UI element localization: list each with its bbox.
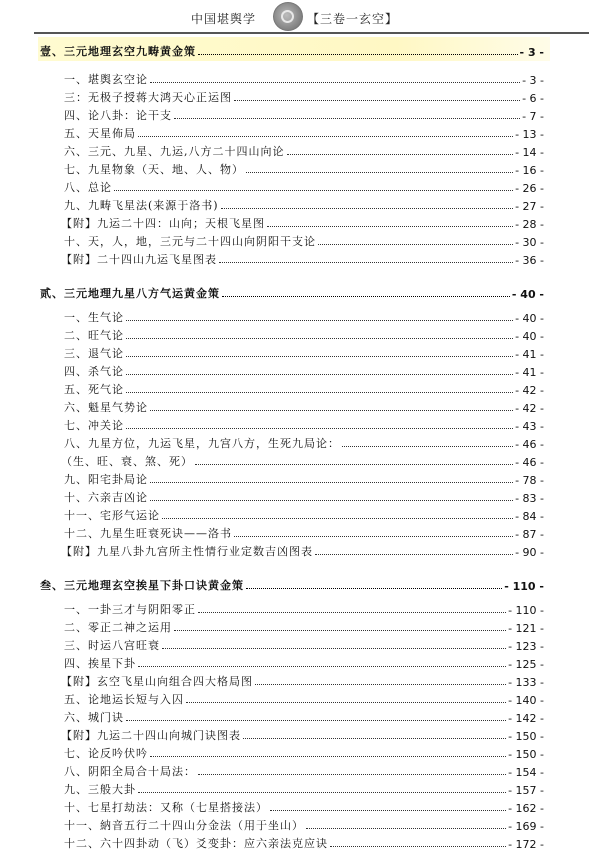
- dot-leader: [198, 54, 518, 55]
- toc-entry-title: 【附】玄空飞星山向组合四大格局图: [61, 673, 253, 689]
- toc-page-number: - 28 -: [515, 218, 544, 231]
- toc-chapter[interactable]: 贰、三元地理九星八方气运黄金策- 40 -: [40, 283, 544, 301]
- toc-page-number: - 142 -: [508, 712, 544, 725]
- toc-entry-title: 八、阴阳全局合十局法：: [64, 763, 196, 779]
- toc-entry[interactable]: 【附】九运二十四：山向；天根飞星图- 28 -: [61, 213, 544, 231]
- toc-page-number: - 26 -: [515, 182, 544, 195]
- dot-leader: [126, 374, 513, 375]
- toc-entry[interactable]: 十一、宅形气运论- 84 -: [64, 505, 544, 523]
- toc-page-number: - 154 -: [508, 766, 544, 779]
- toc-page-number: - 41 -: [515, 348, 544, 361]
- dot-leader: [138, 666, 506, 667]
- toc-entry-title: 一、生气论: [64, 309, 124, 325]
- toc-entry-title: 五、死气论: [64, 381, 124, 397]
- toc-page-number: - 140 -: [508, 694, 544, 707]
- dot-leader: [150, 756, 506, 757]
- toc-entry[interactable]: 一、堪舆玄空论- 3 -: [64, 69, 544, 87]
- dot-leader: [198, 612, 506, 613]
- dot-leader: [126, 320, 513, 321]
- toc-entry-title: 二、零正二神之运用: [64, 619, 172, 635]
- toc-entry[interactable]: 八、阴阳全局合十局法：- 154 -: [64, 761, 544, 779]
- toc-entry-title: 五、论地运长短与入囚: [64, 691, 184, 707]
- dot-leader: [287, 154, 514, 155]
- toc-entry[interactable]: 九、九畴飞星法(来源于洛书)- 27 -: [64, 195, 544, 213]
- dot-leader: [114, 190, 513, 191]
- toc-entry-title: 七、冲关论: [64, 417, 124, 433]
- toc-page-number: - 150 -: [508, 748, 544, 761]
- dot-leader: [270, 810, 506, 811]
- dot-leader: [150, 500, 513, 501]
- toc-page-number: - 125 -: [508, 658, 544, 671]
- toc-page-number: - 13 -: [515, 128, 544, 141]
- dot-leader: [255, 684, 506, 685]
- dot-leader: [150, 410, 513, 411]
- dot-leader: [198, 774, 506, 775]
- toc-entry[interactable]: 三、时运八宫旺衰- 123 -: [64, 635, 544, 653]
- header-divider: [34, 32, 589, 34]
- toc-entry[interactable]: 【附】九星八卦九宫所主性情行业定数吉凶图表- 90 -: [61, 541, 544, 559]
- dot-leader: [315, 554, 513, 555]
- toc-entry-title: 四、挨星下卦: [64, 655, 136, 671]
- toc-entry[interactable]: 十二、六十四卦动（飞）爻变卦：应六亲法克应诀- 172 -: [64, 833, 544, 851]
- toc-entry-title: 四、杀气论: [64, 363, 124, 379]
- toc-page-number: - 78 -: [515, 474, 544, 487]
- toc-page-number: - 90 -: [515, 546, 544, 559]
- toc-entry-title: 八、总论: [64, 179, 112, 195]
- toc-page-number: - 42 -: [515, 402, 544, 415]
- toc-entry[interactable]: 一、一卦三才与阴阳零正- 110 -: [64, 599, 544, 617]
- toc-entry[interactable]: 八、九星方位，九运飞星，九宫八方，生死九局论：- 46 -: [64, 433, 544, 451]
- toc-page-number: - 110 -: [508, 604, 544, 617]
- toc-page-number: - 123 -: [508, 640, 544, 653]
- toc-entry[interactable]: 八、总论- 26 -: [64, 177, 544, 195]
- toc-entry-title: 二、旺气论: [64, 327, 124, 343]
- toc-entry-title: 四、论八卦：论干支: [64, 107, 172, 123]
- toc-entry[interactable]: 十、天，人，地，三元与二十四山向阴阳干支论- 30 -: [64, 231, 544, 249]
- toc-entry-title: 八、九星方位，九运飞星，九宫八方，生死九局论：: [64, 435, 340, 451]
- toc-entry-title: 三、退气论: [64, 345, 124, 361]
- toc-page-number: - 3 -: [520, 46, 544, 59]
- toc-entry[interactable]: 四、杀气论- 41 -: [64, 361, 544, 379]
- toc-page-number: - 110 -: [504, 580, 544, 593]
- toc-entry[interactable]: 二、零正二神之运用- 121 -: [64, 617, 544, 635]
- toc-entry[interactable]: 七、九星物象（天、地、人、物）- 16 -: [64, 159, 544, 177]
- toc-entry[interactable]: 五、论地运长短与入囚- 140 -: [64, 689, 544, 707]
- toc-page-number: - 41 -: [515, 366, 544, 379]
- dot-leader: [186, 702, 506, 703]
- toc-entry[interactable]: 九、三般大卦- 157 -: [64, 779, 544, 797]
- page-header: 中国堪舆学 【三卷一玄空】: [0, 0, 613, 33]
- toc-entry[interactable]: 十、七星打劫法：又称（七星搭接法）- 162 -: [64, 797, 544, 815]
- toc-page-number: - 83 -: [515, 492, 544, 505]
- toc-chapter[interactable]: 叁、三元地理玄空挨星下卦口诀黄金策- 110 -: [40, 575, 544, 593]
- toc-page-number: - 36 -: [515, 254, 544, 267]
- toc-page-number: - 133 -: [508, 676, 544, 689]
- toc-entry-title: 九、三般大卦: [64, 781, 136, 797]
- toc-entry-title: 三、时运八宫旺衰: [64, 637, 160, 653]
- toc-entry[interactable]: 三、退气论- 41 -: [64, 343, 544, 361]
- dot-leader: [162, 518, 513, 519]
- toc-entry-title: 三：无极子授蒋大鸿天心正运图: [64, 89, 232, 105]
- toc-page-number: - 43 -: [515, 420, 544, 433]
- dot-leader: [126, 392, 513, 393]
- toc-entry-title: 十、六亲吉凶论: [64, 489, 148, 505]
- dot-leader: [219, 262, 513, 263]
- dot-leader: [342, 446, 513, 447]
- toc-entry-title: 贰、三元地理九星八方气运黄金策: [40, 285, 220, 301]
- toc-entry-title: 六、三元、九星、九运,八方二十四山向论: [64, 143, 285, 159]
- toc-entry-title: 十二、九星生旺衰死诀——洛书: [64, 525, 232, 541]
- toc-entry[interactable]: 四、论八卦：论干支- 7 -: [64, 105, 544, 123]
- toc-entry-title: 十、七星打劫法：又称（七星搭接法）: [64, 799, 268, 815]
- toc-entry[interactable]: 六、城门诀- 142 -: [64, 707, 544, 725]
- toc-entry[interactable]: 【附】玄空飞星山向组合四大格局图- 133 -: [61, 671, 544, 689]
- toc-entry[interactable]: 五、死气论- 42 -: [64, 379, 544, 397]
- toc-page-number: - 169 -: [508, 820, 544, 833]
- toc-entry[interactable]: （生、旺、衰、煞、死）- 46 -: [61, 451, 544, 469]
- toc-entry-title: 九、九畴飞星法(来源于洛书): [64, 197, 219, 213]
- toc-entry-title: 【附】九运二十四：山向；天根飞星图: [61, 215, 265, 231]
- dot-leader: [246, 172, 513, 173]
- toc-entry-title: 九、阳宅卦局论: [64, 471, 148, 487]
- dot-leader: [174, 630, 506, 631]
- toc-entry[interactable]: 三：无极子授蒋大鸿天心正运图- 6 -: [64, 87, 544, 105]
- dot-leader: [234, 536, 513, 537]
- toc-entry[interactable]: 六、三元、九星、九运,八方二十四山向论- 14 -: [64, 141, 544, 159]
- toc-page-number: - 46 -: [515, 456, 544, 469]
- toc-entry[interactable]: 【附】九运二十四山向城门诀图表- 150 -: [61, 725, 544, 743]
- dot-leader: [126, 720, 506, 721]
- toc-entry[interactable]: 一、生气论- 40 -: [64, 307, 544, 325]
- toc-entry-title: 叁、三元地理玄空挨星下卦口诀黄金策: [40, 577, 244, 593]
- dot-leader: [246, 588, 502, 589]
- toc-entry-title: 六、魁星气势论: [64, 399, 148, 415]
- dot-leader: [162, 648, 506, 649]
- toc-entry-title: 十二、六十四卦动（飞）爻变卦：应六亲法克应诀: [64, 835, 328, 851]
- dot-leader: [330, 846, 506, 847]
- toc-entry[interactable]: 七、冲关论- 43 -: [64, 415, 544, 433]
- toc-page-number: - 162 -: [508, 802, 544, 815]
- toc-entry[interactable]: 九、阳宅卦局论- 78 -: [64, 469, 544, 487]
- seal-logo-icon: [273, 2, 303, 31]
- dot-leader: [318, 244, 513, 245]
- toc-entry-title: 一、堪舆玄空论: [64, 71, 148, 87]
- dot-leader: [243, 738, 506, 739]
- header-left-title: 中国堪舆学: [191, 10, 256, 27]
- dot-leader: [126, 428, 513, 429]
- toc-page-number: - 14 -: [515, 146, 544, 159]
- toc-entry-title: 十一、納音五行二十四山分金法（用于坐山）: [64, 817, 304, 833]
- dot-leader: [234, 100, 520, 101]
- toc-page-number: - 172 -: [508, 838, 544, 851]
- toc-page-number: - 27 -: [515, 200, 544, 213]
- toc-entry[interactable]: 二、旺气论- 40 -: [64, 325, 544, 343]
- dot-leader: [195, 464, 513, 465]
- toc-entry[interactable]: 六、魁星气势论- 42 -: [64, 397, 544, 415]
- toc-entry-title: 七、论反吟伏吟: [64, 745, 148, 761]
- toc-entry[interactable]: 七、论反吟伏吟- 150 -: [64, 743, 544, 761]
- toc-entry[interactable]: 十、六亲吉凶论- 83 -: [64, 487, 544, 505]
- toc-page-number: - 16 -: [515, 164, 544, 177]
- toc-entry[interactable]: 四、挨星下卦- 125 -: [64, 653, 544, 671]
- toc-page-number: - 121 -: [508, 622, 544, 635]
- toc-page-number: - 157 -: [508, 784, 544, 797]
- dot-leader: [267, 226, 513, 227]
- dot-leader: [150, 482, 513, 483]
- toc-page-number: - 40 -: [515, 312, 544, 325]
- toc-page-number: - 150 -: [508, 730, 544, 743]
- toc-entry-title: 六、城门诀: [64, 709, 124, 725]
- toc-entry[interactable]: 十二、九星生旺衰死诀——洛书- 87 -: [64, 523, 544, 541]
- toc-entry-title: 十、天，人，地，三元与二十四山向阴阳干支论: [64, 233, 316, 249]
- dot-leader: [150, 82, 520, 83]
- dot-leader: [174, 118, 520, 119]
- toc-page-number: - 30 -: [515, 236, 544, 249]
- dot-leader: [222, 296, 510, 297]
- toc-page-number: - 40 -: [515, 330, 544, 343]
- toc-page-number: - 7 -: [522, 110, 544, 123]
- dot-leader: [138, 792, 506, 793]
- dot-leader: [306, 828, 506, 829]
- toc-chapter[interactable]: 壹、三元地理玄空九畴黄金策- 3 -: [40, 41, 544, 59]
- toc-page-number: - 6 -: [522, 92, 544, 105]
- dot-leader: [126, 338, 513, 339]
- toc-entry-title: 十一、宅形气运论: [64, 507, 160, 523]
- toc-entry-title: 【附】九运二十四山向城门诀图表: [61, 727, 241, 743]
- toc-entry[interactable]: 十一、納音五行二十四山分金法（用于坐山）- 169 -: [64, 815, 544, 833]
- toc-entry-title: 【附】九星八卦九宫所主性情行业定数吉凶图表: [61, 543, 313, 559]
- dot-leader: [126, 356, 513, 357]
- toc-entry-title: 七、九星物象（天、地、人、物）: [64, 161, 244, 177]
- toc-entry-title: 【附】二十四山九运飞星图表: [61, 251, 217, 267]
- toc-page-number: - 42 -: [515, 384, 544, 397]
- toc-page-number: - 87 -: [515, 528, 544, 541]
- toc-page-number: - 46 -: [515, 438, 544, 451]
- toc-page-number: - 40 -: [512, 288, 544, 301]
- toc-page-number: - 84 -: [515, 510, 544, 523]
- dot-leader: [221, 208, 513, 209]
- toc-entry[interactable]: 【附】二十四山九运飞星图表- 36 -: [61, 249, 544, 267]
- dot-leader: [138, 136, 513, 137]
- toc-entry-title: 一、一卦三才与阴阳零正: [64, 601, 196, 617]
- toc-entry-title: 壹、三元地理玄空九畴黄金策: [40, 43, 196, 59]
- header-right-title: 【三卷一玄空】: [307, 10, 398, 27]
- toc-page-number: - 3 -: [522, 74, 544, 87]
- toc-entry-title: （生、旺、衰、煞、死）: [61, 453, 193, 469]
- toc-entry-title: 五、天星佈局: [64, 125, 136, 141]
- toc-entry[interactable]: 五、天星佈局- 13 -: [64, 123, 544, 141]
